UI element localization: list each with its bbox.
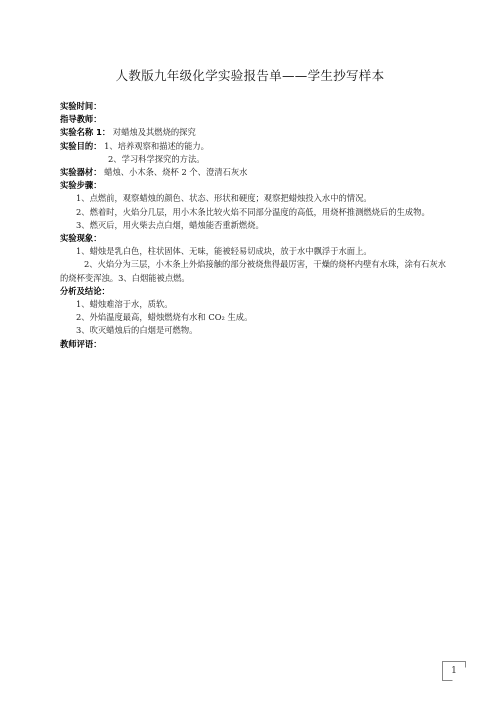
materials-value: 蜡烛、小木条、烧杯 2 个、澄清石灰水 xyxy=(104,167,247,177)
teacher-row: 指导教师： xyxy=(60,113,450,126)
report-body: 实验时间： 指导教师： 实验名称 1： 对蜡烛及其燃烧的探究 实验目的： 1、培… xyxy=(60,100,450,351)
page-fold-icon xyxy=(451,666,467,682)
name-value: 对蜡烛及其燃烧的探究 xyxy=(113,127,196,137)
analysis-item: 2、外焰温度最高，蜡烛燃烧有水和 CO₂ 生成。 xyxy=(60,311,450,324)
analysis-label: 分析及结论： xyxy=(60,285,450,298)
phenomena-label: 实验现象： xyxy=(60,232,450,245)
time-row: 实验时间： xyxy=(60,100,450,113)
page-number-badge: 1 xyxy=(442,661,466,681)
analysis-item: 1、蜡烛难溶于水，质软。 xyxy=(60,298,450,311)
purpose-item-1: 1、培养观察和描述的能力。 xyxy=(104,141,209,151)
purpose-item-2: 2、学习科学探究的方法。 xyxy=(108,154,205,164)
phenomena-item: 1、蜡烛是乳白色，柱状固体、无味，能被轻易切成块，放于水中飘浮于水面上。 xyxy=(60,245,450,258)
purpose-row: 实验目的： 1、培养观察和描述的能力。 xyxy=(60,140,450,153)
document-title: 人教版九年级化学实验报告单——学生抄写样本 xyxy=(0,66,500,84)
step-item: 3、燃灭后，用火柴去点白烟，蜡烛能否重新燃烧。 xyxy=(60,219,450,232)
purpose-row-2: 2、学习科学探究的方法。 xyxy=(60,153,450,166)
teacher-label: 指导教师： xyxy=(60,114,102,124)
materials-row: 实验器材： 蜡烛、小木条、烧杯 2 个、澄清石灰水 xyxy=(60,166,450,179)
comment-label: 教师评语： xyxy=(60,338,450,351)
time-label: 实验时间： xyxy=(60,101,102,111)
phenomena-item: 2、火焰分为三层，小木条上外焰接触的部分被烧焦得最厉害，干燥的烧杯内壁有水珠，涂… xyxy=(60,258,450,284)
purpose-label: 实验目的： xyxy=(60,141,102,151)
name-row: 实验名称 1： 对蜡烛及其燃烧的探究 xyxy=(60,126,450,139)
step-item: 1、点燃前，观察蜡烛的颜色、状态、形状和硬度；观察把蜡烛投入水中的情况。 xyxy=(60,192,450,205)
steps-label: 实验步骤： xyxy=(60,179,450,192)
name-label: 实验名称 1： xyxy=(60,127,110,137)
step-item: 2、燃着时，火焰分几层，用小木条比较火焰不同部分温度的高低，用烧杯推测燃烧后的生… xyxy=(60,206,450,219)
materials-label: 实验器材： xyxy=(60,167,102,177)
analysis-item: 3、吹灭蜡烛后的白烟是可燃物。 xyxy=(60,324,450,337)
